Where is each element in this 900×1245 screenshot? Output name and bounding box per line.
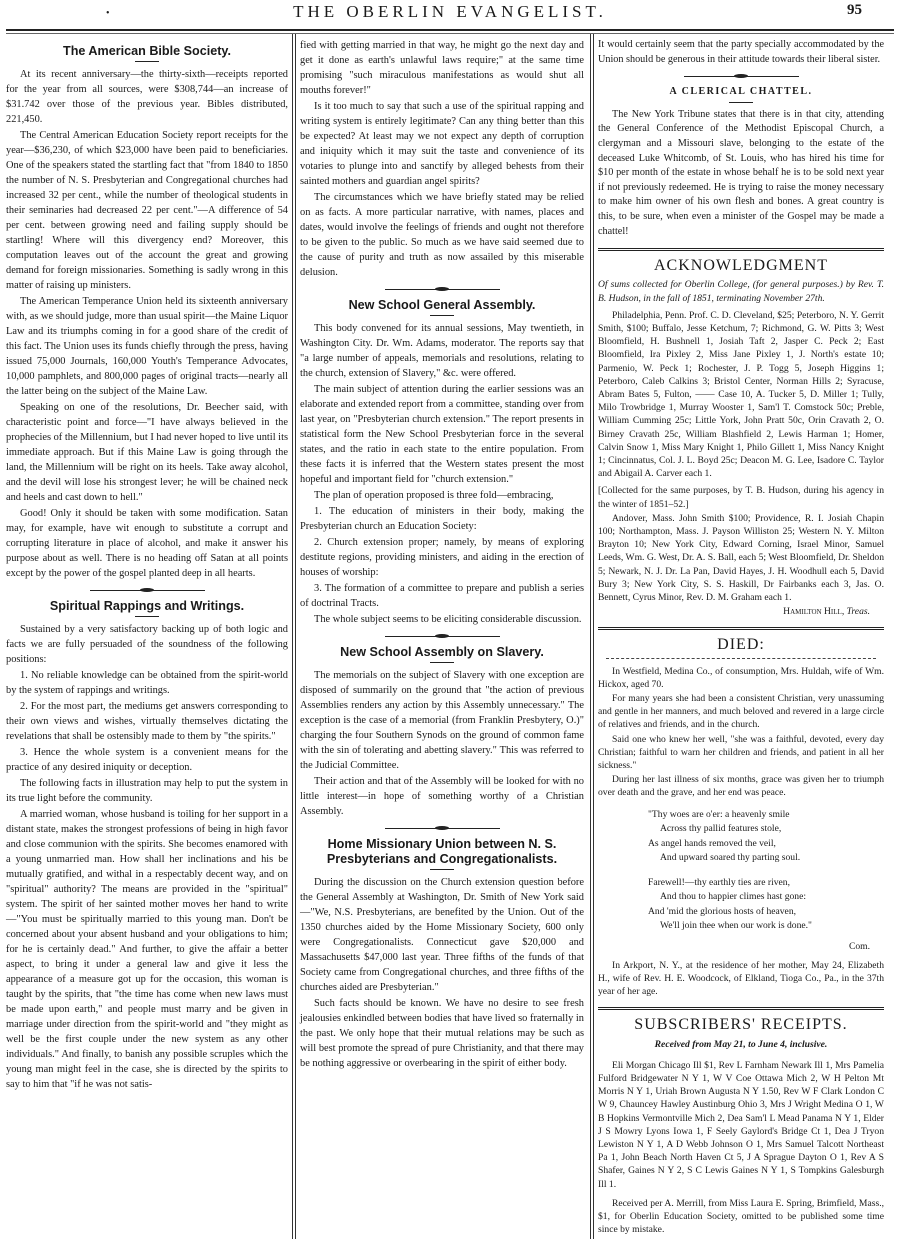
masthead-rule-thin xyxy=(6,33,894,34)
paragraph: The American Temperance Union held its s… xyxy=(6,294,288,399)
section-rule xyxy=(598,1007,884,1010)
paragraph: Speaking on one of the resolutions, Dr. … xyxy=(6,400,288,505)
paragraph: The main subject of attention during the… xyxy=(300,382,584,487)
obituary-paragraph: During her last illness of six months, g… xyxy=(598,773,884,799)
paragraph: The circumstances which we have briefly … xyxy=(300,190,584,280)
section-separator xyxy=(385,828,500,829)
verse-line: Across thy pallid features stole, xyxy=(648,822,884,837)
receipts-note: Received per A. Merrill, from Miss Laura… xyxy=(598,1197,884,1237)
article-clerical-chattel: A CLERICAL CHATTEL. The New York Tribune… xyxy=(598,85,884,239)
paragraph: The Central American Education Society r… xyxy=(6,128,288,293)
column-1: The American Bible Society. At its recen… xyxy=(6,38,288,1093)
section-heading: DIED: xyxy=(598,638,884,651)
masthead: • THE OBERLIN EVANGELIST. 95 xyxy=(0,0,900,30)
paragraph: The plan of operation proposed is three … xyxy=(300,488,584,503)
obituary-paragraph: For many years she had been a consistent… xyxy=(598,692,884,732)
article-heading: A CLERICAL CHATTEL. xyxy=(598,85,884,100)
paragraph: A married woman, whose husband is toilin… xyxy=(6,807,288,1092)
section-separator xyxy=(90,590,205,591)
paragraph: At its recent anniversary—the thirty-six… xyxy=(6,67,288,127)
paragraph: Sustained by a very satisfactory backing… xyxy=(6,622,288,667)
receipts-date-range: Received from May 21, to June 4, inclusi… xyxy=(598,1038,884,1051)
heading-rule xyxy=(606,658,876,659)
section-heading: SUBSCRIBERS' RECEIPTS. xyxy=(598,1018,884,1031)
article-heading: New School Assembly on Slavery. xyxy=(300,645,584,660)
page-number: 95 xyxy=(847,2,862,19)
paragraph: 2. Church extension proper; namely, by m… xyxy=(300,535,584,580)
verse-signature: Com. xyxy=(598,940,884,953)
heading-rule xyxy=(430,869,454,870)
acknowledgment-intro: Of sums collected for Oberlin College, (… xyxy=(598,278,884,304)
heading-rule xyxy=(135,616,159,617)
verse-line: Farewell!—thy earthly ties are riven, xyxy=(648,876,884,891)
signature-name: Hamilton Hill, xyxy=(783,606,844,617)
obituary-paragraph: Said one who knew her well, "she was a f… xyxy=(598,733,884,773)
section-separator xyxy=(385,636,500,637)
signature-title: Treas. xyxy=(847,606,870,617)
paragraph: Good! Only it should be taken with some … xyxy=(6,506,288,581)
section-separator xyxy=(385,289,500,290)
paragraph: This body convened for its annual sessio… xyxy=(300,321,584,381)
stanza-break xyxy=(648,866,884,876)
article-assembly-on-slavery: New School Assembly on Slavery. The memo… xyxy=(300,645,584,819)
heading-rule xyxy=(135,61,159,62)
paragraph: It would certainly seem that the party s… xyxy=(598,38,884,67)
article-spiritual-rappings-continued: fied with getting married in that way, h… xyxy=(300,38,584,280)
verse-line: And thou to happier climes hast gone: xyxy=(648,890,884,905)
acknowledgment-list: Andover, Mass. John Smith $100; Providen… xyxy=(598,512,884,604)
acknowledgment-note: [Collected for the same purposes, by T. … xyxy=(598,484,884,510)
heading-rule xyxy=(430,315,454,316)
column-divider xyxy=(593,34,594,1239)
newspaper-title: THE OBERLIN EVANGELIST. xyxy=(0,2,900,22)
verse-line: "Thy woes are o'er: a heavenly smile xyxy=(648,808,884,823)
column-divider xyxy=(292,34,293,1239)
paragraph: The memorials on the subject of Slavery … xyxy=(300,668,584,773)
section-separator xyxy=(684,76,799,77)
obituary-paragraph: In Westfield, Medina Co., of consumption… xyxy=(598,665,884,691)
section-heading: ACKNOWLEDGMENT xyxy=(598,259,884,272)
paragraph: During the discussion on the Church exte… xyxy=(300,875,584,995)
paragraph: The New York Tribune states that there i… xyxy=(598,108,884,239)
column-divider xyxy=(590,34,591,1239)
column-3: It would certainly seem that the party s… xyxy=(598,38,884,1238)
paragraph: The whole subject seems to be eliciting … xyxy=(300,612,584,627)
section-rule xyxy=(598,248,884,251)
obituary-paragraph: In Arkport, N. Y., at the residence of h… xyxy=(598,959,884,999)
article-heading: The American Bible Society. xyxy=(6,44,288,59)
paragraph: 3. Hence the whole system is a convenien… xyxy=(6,745,288,775)
article-heading: New School General Assembly. xyxy=(300,298,584,313)
column-2: fied with getting married in that way, h… xyxy=(300,38,584,1072)
acknowledgment-list: Philadelphia, Penn. Prof. C. D. Clevelan… xyxy=(598,309,884,481)
article-bible-society: The American Bible Society. At its recen… xyxy=(6,44,288,581)
heading-rule xyxy=(430,662,454,663)
paragraph: fied with getting married in that way, h… xyxy=(300,38,584,98)
section-acknowledgment: ACKNOWLEDGMENT Of sums collected for Obe… xyxy=(598,259,884,618)
article-general-assembly: New School General Assembly. This body c… xyxy=(300,298,584,627)
paragraph: The following facts in illustration may … xyxy=(6,776,288,806)
column-divider xyxy=(295,34,296,1239)
section-subscribers-receipts: SUBSCRIBERS' RECEIPTS. Received from May… xyxy=(598,1018,884,1236)
receipts-list: Eli Morgan Chicago Ill $1, Rev L Farnham… xyxy=(598,1059,884,1191)
paragraph: 1. No reliable knowledge can be obtained… xyxy=(6,668,288,698)
article-home-missionary-union: Home Missionary Union between N. S. Pres… xyxy=(300,837,584,1071)
memorial-verse: "Thy woes are o'er: a heavenly smile Acr… xyxy=(648,808,884,934)
article-heading: Home Missionary Union between N. S. Pres… xyxy=(300,837,584,867)
article-heading: Spiritual Rappings and Writings. xyxy=(6,599,288,614)
paragraph: Their action and that of the Assembly wi… xyxy=(300,774,584,819)
paragraph: Is it too much to say that such a use of… xyxy=(300,99,584,189)
masthead-rule xyxy=(6,29,894,31)
verse-line: We'll join thee when our work is done." xyxy=(648,919,884,934)
verse-line: And 'mid the glorious hosts of heaven, xyxy=(648,905,884,920)
treasurer-signature: Hamilton Hill, Treas. xyxy=(598,605,884,618)
article-spiritual-rappings: Spiritual Rappings and Writings. Sustain… xyxy=(6,599,288,1092)
section-died: DIED: In Westfield, Medina Co., of consu… xyxy=(598,638,884,998)
paragraph: 2. For the most part, the mediums get an… xyxy=(6,699,288,744)
verse-line: As angel hands removed the veil, xyxy=(648,837,884,852)
paragraph: 1. The education of ministers in their b… xyxy=(300,504,584,534)
heading-rule xyxy=(729,102,753,103)
section-rule xyxy=(598,627,884,630)
paragraph: 3. The formation of a committee to prepa… xyxy=(300,581,584,611)
verse-line: And upward soared thy parting soul. xyxy=(648,851,884,866)
paragraph: Such facts should be known. We have no d… xyxy=(300,996,584,1071)
